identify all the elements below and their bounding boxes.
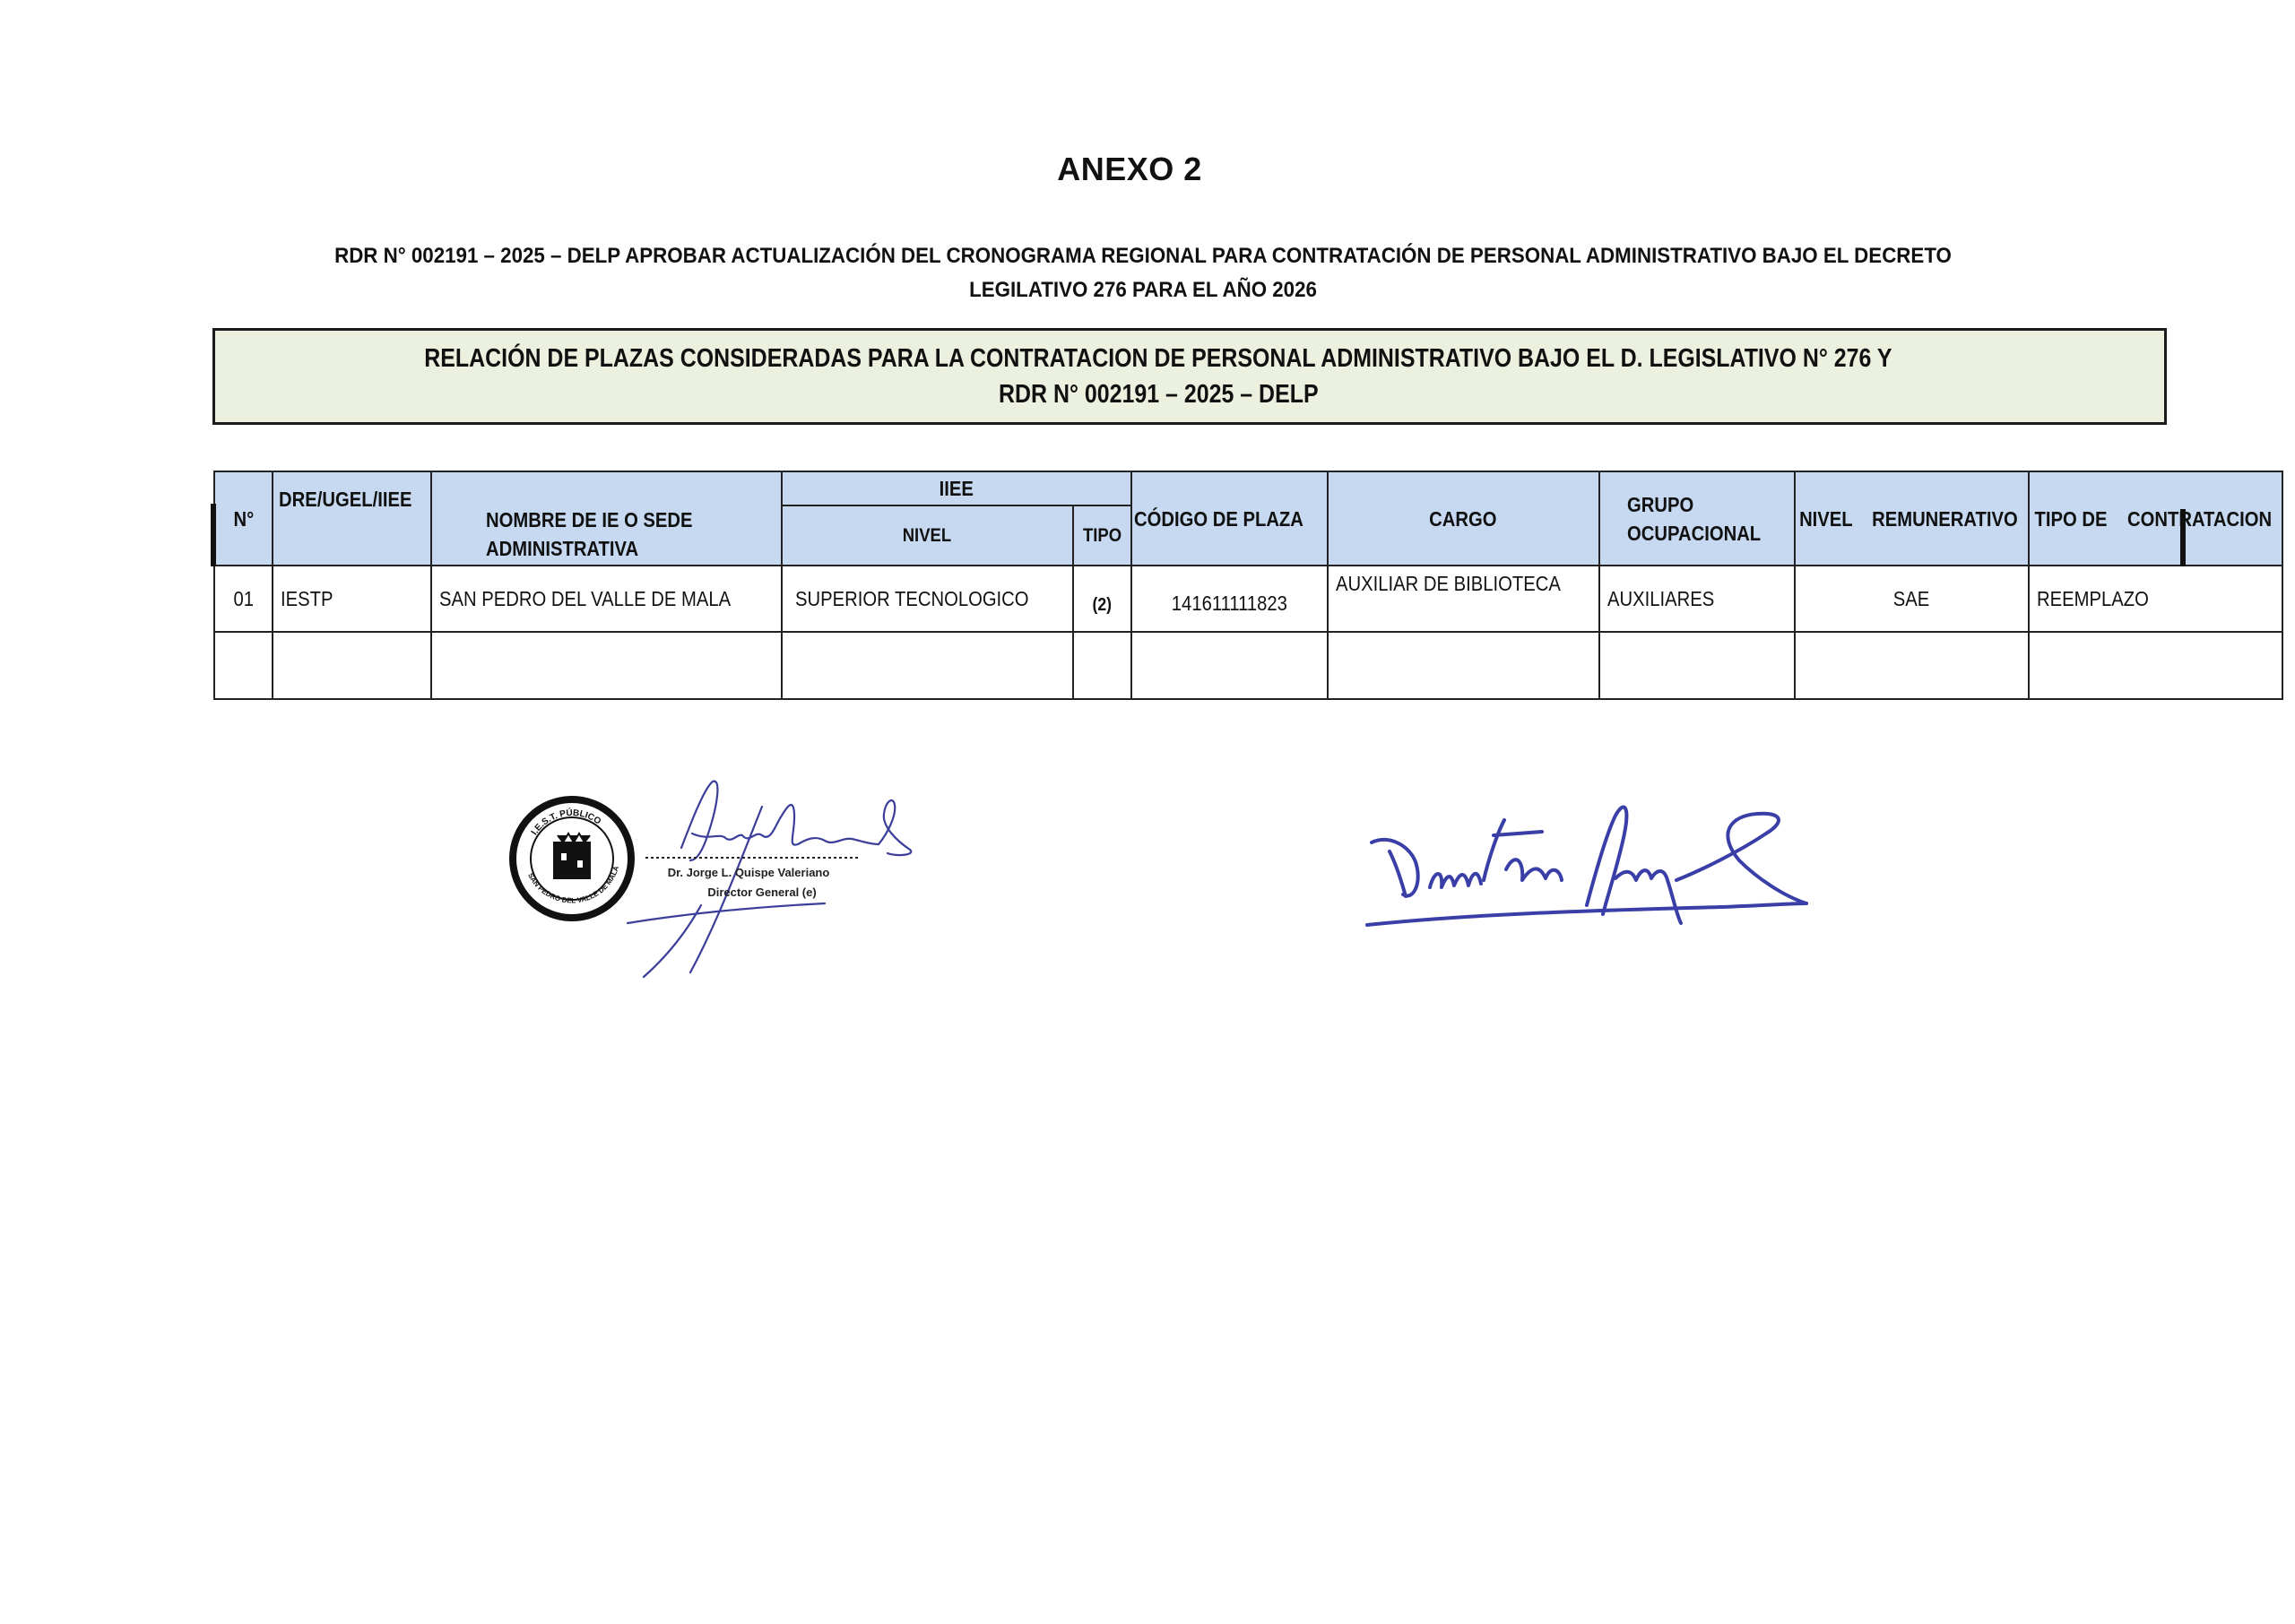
director-role: Director General (e) xyxy=(707,885,816,899)
header-nombre: NOMBRE DE IE O SEDE ADMINISTRATIVA xyxy=(431,471,782,566)
cell-tipo-contratacion xyxy=(2029,632,2283,699)
director-name: Dr. Jorge L. Quispe Valeriano xyxy=(668,866,830,879)
header-tipo-contratacion: TIPO DE CONTRATACION xyxy=(2029,471,2283,566)
cell-codigo: 141611111823 xyxy=(1131,566,1328,632)
cell-nivel-remunerativo: SAE xyxy=(1795,566,2029,632)
cell-codigo xyxy=(1131,632,1328,699)
cell-cargo: AUXILIAR DE BIBLIOTECA xyxy=(1328,566,1599,632)
cell-cargo xyxy=(1328,632,1599,699)
document-title: ANEXO 2 xyxy=(0,151,2259,188)
header-codigo: CÓDIGO DE PLAZA xyxy=(1131,471,1328,566)
plazas-table: N° DRE/UGEL/IIEE NOMBRE DE IE O SEDE ADM… xyxy=(213,471,2283,700)
cell-numero xyxy=(214,632,273,699)
header-nivel-remunerativo: NIVEL REMUNERATIVO xyxy=(1795,471,2029,566)
table-row: 01 IESTP SAN PEDRO DEL VALLE DE MALA SUP… xyxy=(214,566,2282,632)
cell-tipo xyxy=(1073,632,1131,699)
table-header-row-1: N° DRE/UGEL/IIEE NOMBRE DE IE O SEDE ADM… xyxy=(214,471,2282,505)
document-subtitle: RDR N° 002191 – 2025 – DELP APROBAR ACTU… xyxy=(272,239,2014,307)
cell-tipo: (2) xyxy=(1073,566,1131,632)
cell-grupo: AUXILIARES xyxy=(1599,566,1795,632)
table-row xyxy=(214,632,2282,699)
header-grupo: GRUPO OCUPACIONAL xyxy=(1599,471,1795,566)
cell-nivel: SUPERIOR TECNOLOGICO xyxy=(782,566,1073,632)
cell-dre xyxy=(273,632,431,699)
relation-heading-box: RELACIÓN DE PLAZAS CONSIDERADAS PARA LA … xyxy=(212,328,2167,425)
header-tipo: TIPO xyxy=(1073,505,1131,566)
header-dre: DRE/UGEL/IIEE xyxy=(273,471,431,566)
cell-tipo-contratacion: REEMPLAZO xyxy=(2029,566,2283,632)
header-cargo: CARGO xyxy=(1328,471,1599,566)
table-left-accent-bar xyxy=(211,504,216,566)
table-right-accent-bar xyxy=(2180,509,2186,566)
cell-dre: IESTP xyxy=(273,566,431,632)
cell-nivel-remunerativo xyxy=(1795,632,2029,699)
second-signature-block xyxy=(1363,780,1954,950)
header-iiee-group: IIEE xyxy=(782,471,1131,505)
header-numero: N° xyxy=(214,471,273,566)
cell-nombre xyxy=(431,632,782,699)
relation-heading-line-2: RDR N° 002191 – 2025 – DELP xyxy=(999,376,1319,412)
subtitle-line-1: RDR N° 002191 – 2025 – DELP APROBAR ACTU… xyxy=(272,239,2014,273)
header-nivel: NIVEL xyxy=(782,505,1073,566)
relation-heading-line-1: RELACIÓN DE PLAZAS CONSIDERADAS PARA LA … xyxy=(424,341,1892,376)
director-signature-block: I.E.S.T. PÚBLICO SAN PEDRO DEL VALLE DE … xyxy=(502,771,932,995)
subtitle-line-2: LEGILATIVO 276 PARA EL AÑO 2026 xyxy=(272,273,2014,307)
cell-numero: 01 xyxy=(214,566,273,632)
handwritten-signature-icon xyxy=(1367,807,1806,925)
cell-nivel xyxy=(782,632,1073,699)
cell-nombre: SAN PEDRO DEL VALLE DE MALA xyxy=(431,566,782,632)
institution-seal-icon: I.E.S.T. PÚBLICO SAN PEDRO DEL VALLE DE … xyxy=(513,799,631,918)
cell-grupo xyxy=(1599,632,1795,699)
